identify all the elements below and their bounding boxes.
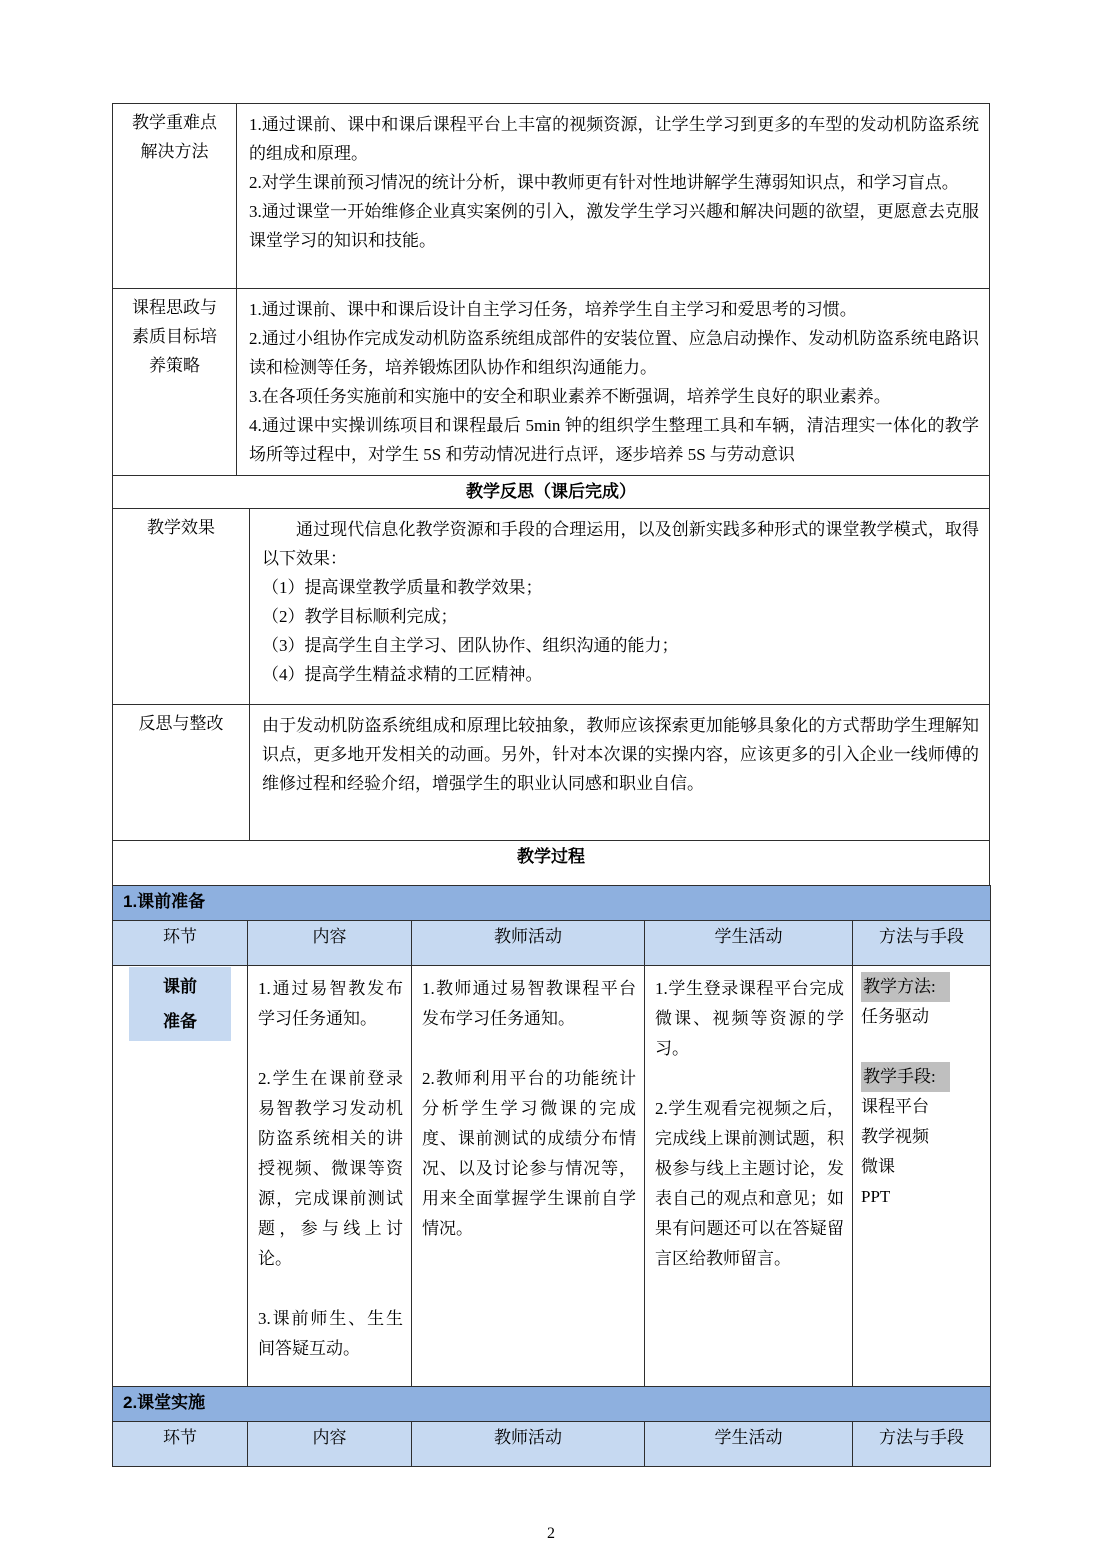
pre-class-table: 1.课前准备 环节 内容 教师活动 学生活动 方法与手段 课前 准备 1.通过易…: [112, 885, 991, 1387]
table-row-reform: 反思与整改 由于发动机防盗系统组成和原理比较抽象，教师应该探索更加能够具象化的方…: [113, 705, 990, 841]
process-header-table: 教学过程: [112, 840, 990, 886]
label-line: 素质目标培: [115, 322, 234, 351]
section-header-reflection: 教学反思（课后完成）: [113, 476, 990, 509]
paragraph: （2）教学目标顺利完成；: [262, 602, 979, 631]
label-line: 教学效果: [115, 513, 247, 542]
column-header-teacher-activity: 教师活动: [412, 1422, 645, 1467]
column-header-content: 内容: [248, 921, 412, 966]
cell-methods: 教学方法: 任务驱动 教学手段: 课程平台 教学视频 微课 PPT: [853, 966, 991, 1387]
spacer: [861, 1032, 986, 1062]
table-row-key-points: 教学重难点 解决方法 1.通过课前、课中和课后课程平台上丰富的视频资源，让学生学…: [113, 104, 990, 289]
paragraph: （3）提高学生自主学习、团队协作、组织沟通的能力；: [262, 631, 979, 660]
band-in-class: 2.课堂实施: [113, 1387, 991, 1422]
paragraph: 3.在各项任务实施前和实施中的安全和职业素养不断强调，培养学生良好的职业素养。: [249, 382, 979, 411]
table-row-ideology: 课程思政与 素质目标培 养策略 1.通过课前、课中和课后设计自主学习任务，培养学…: [113, 289, 990, 476]
in-class-table: 2.课堂实施 环节 内容 教师活动 学生活动 方法与手段: [112, 1386, 991, 1467]
method-value: 任务驱动: [861, 1002, 986, 1032]
stage-line: 准备: [163, 1004, 197, 1039]
paragraph: 1.通过课前、课中和课后设计自主学习任务，培养学生自主学习和爱思考的习惯。: [249, 295, 979, 324]
label-line: 课程思政与: [115, 293, 234, 322]
cell-ideology-text: 1.通过课前、课中和课后设计自主学习任务，培养学生自主学习和爱思考的习惯。 2.…: [237, 289, 990, 476]
stage-highlight-box: 课前 准备: [129, 967, 231, 1041]
paragraph: 1.通过课前、课中和课后课程平台上丰富的视频资源，让学生学习到更多的车型的发动机…: [249, 110, 979, 168]
row-label-effect: 教学效果: [113, 509, 250, 705]
cell-stage: 课前 准备: [113, 966, 248, 1387]
reflection-detail-table: 教学效果 通过现代信息化教学资源和手段的合理运用，以及创新实践多种形式的课堂教学…: [112, 508, 990, 841]
label-line: 教学重难点: [115, 108, 234, 137]
paragraph: 通过现代信息化教学资源和手段的合理运用，以及创新实践多种形式的课堂教学模式，取得…: [262, 515, 979, 573]
means-label: 教学手段:: [861, 1062, 950, 1092]
means-item: PPT: [861, 1182, 986, 1212]
paragraph: 4.通过课中实操训练项目和课程最后 5min 钟的组织学生整理工具和车辆，清洁理…: [249, 411, 979, 469]
column-header-teacher-activity: 教师活动: [412, 921, 645, 966]
means-item: 课程平台: [861, 1092, 986, 1122]
paragraph: 2.对学生课前预习情况的统计分析，课中教师更有针对性地讲解学生薄弱知识点，和学习…: [249, 168, 979, 197]
row-label-key-points: 教学重难点 解决方法: [113, 104, 237, 289]
cell-student-activity: 1.学生登录课程平台完成微课、视频等资源的学习。 2.学生观看完视频之后，完成线…: [645, 966, 853, 1387]
paragraph: 1.通过易智教发布学习任务通知。: [258, 974, 403, 1034]
paragraph: 2.通过小组协作完成发动机防盗系统组成部件的安装位置、应急启动操作、发动机防盗系…: [249, 324, 979, 382]
cell-key-points-text: 1.通过课前、课中和课后课程平台上丰富的视频资源，让学生学习到更多的车型的发动机…: [237, 104, 990, 289]
row-label-reform: 反思与整改: [113, 705, 250, 841]
table-row-pre-class-detail: 课前 准备 1.通过易智教发布学习任务通知。 2.学生在课前登录易智教学习发动机…: [113, 966, 991, 1387]
column-header-methods: 方法与手段: [853, 921, 991, 966]
teaching-notes-table: 教学重难点 解决方法 1.通过课前、课中和课后课程平台上丰富的视频资源，让学生学…: [112, 103, 990, 476]
column-header-student-activity: 学生活动: [645, 1422, 853, 1467]
page-number: 2: [112, 1525, 990, 1543]
band-row-in-class: 2.课堂实施: [113, 1387, 991, 1422]
means-item: 教学视频: [861, 1122, 986, 1152]
label-line: 养策略: [115, 351, 234, 380]
reflection-header-table: 教学反思（课后完成）: [112, 475, 990, 509]
document-page: 教学重难点 解决方法 1.通过课前、课中和课后课程平台上丰富的视频资源，让学生学…: [112, 0, 990, 1543]
paragraph: 3.课前师生、生生间答疑互动。: [258, 1304, 403, 1364]
column-header-stage: 环节: [113, 1422, 248, 1467]
paragraph: 1.教师通过易智教课程平台发布学习任务通知。: [422, 974, 636, 1034]
method-label-wrap: 教学方法:: [861, 972, 986, 1002]
cell-reform-text: 由于发动机防盗系统组成和原理比较抽象，教师应该探索更加能够具象化的方式帮助学生理…: [250, 705, 990, 841]
column-header-row: 环节 内容 教师活动 学生活动 方法与手段: [113, 921, 991, 966]
section-header-process: 教学过程: [113, 841, 990, 886]
paragraph: 3.通过课堂一开始维修企业真实案例的引入，激发学生学习兴趣和解决问题的欲望，更愿…: [249, 197, 979, 255]
means-label-wrap: 教学手段:: [861, 1062, 986, 1092]
column-header-student-activity: 学生活动: [645, 921, 853, 966]
column-header-methods: 方法与手段: [853, 1422, 991, 1467]
paragraph: 2.教师利用平台的功能统计分析学生学习微课的完成度、课前测试的成绩分布情况、以及…: [422, 1064, 636, 1244]
column-header-stage: 环节: [113, 921, 248, 966]
paragraph: 2.学生在课前登录易智教学习发动机防盗系统相关的讲授视频、微课等资源，完成课前测…: [258, 1064, 403, 1274]
paragraph: 1.学生登录课程平台完成微课、视频等资源的学习。: [655, 974, 844, 1064]
label-line: 解决方法: [115, 137, 234, 166]
band-pre-class: 1.课前准备: [113, 886, 991, 921]
table-row: 教学过程: [113, 841, 990, 886]
paragraph: 由于发动机防盗系统组成和原理比较抽象，教师应该探索更加能够具象化的方式帮助学生理…: [262, 711, 979, 798]
cell-content: 1.通过易智教发布学习任务通知。 2.学生在课前登录易智教学习发动机防盗系统相关…: [248, 966, 412, 1387]
band-row-pre-class: 1.课前准备: [113, 886, 991, 921]
cell-effect-text: 通过现代信息化教学资源和手段的合理运用，以及创新实践多种形式的课堂教学模式，取得…: [250, 509, 990, 705]
stage-line: 课前: [163, 969, 197, 1004]
paragraph: （1）提高课堂教学质量和教学效果；: [262, 573, 979, 602]
method-label: 教学方法:: [861, 972, 950, 1002]
row-label-ideology: 课程思政与 素质目标培 养策略: [113, 289, 237, 476]
paragraph: 2.学生观看完视频之后，完成线上课前测试题，积极参与线上主题讨论，发表自己的观点…: [655, 1094, 844, 1274]
table-row-effect: 教学效果 通过现代信息化教学资源和手段的合理运用，以及创新实践多种形式的课堂教学…: [113, 509, 990, 705]
cell-teacher-activity: 1.教师通过易智教课程平台发布学习任务通知。 2.教师利用平台的功能统计分析学生…: [412, 966, 645, 1387]
means-item: 微课: [861, 1152, 986, 1182]
column-header-content: 内容: [248, 1422, 412, 1467]
column-header-row: 环节 内容 教师活动 学生活动 方法与手段: [113, 1422, 991, 1467]
label-line: 反思与整改: [115, 709, 247, 738]
paragraph: （4）提高学生精益求精的工匠精神。: [262, 660, 979, 689]
table-row: 教学反思（课后完成）: [113, 476, 990, 509]
